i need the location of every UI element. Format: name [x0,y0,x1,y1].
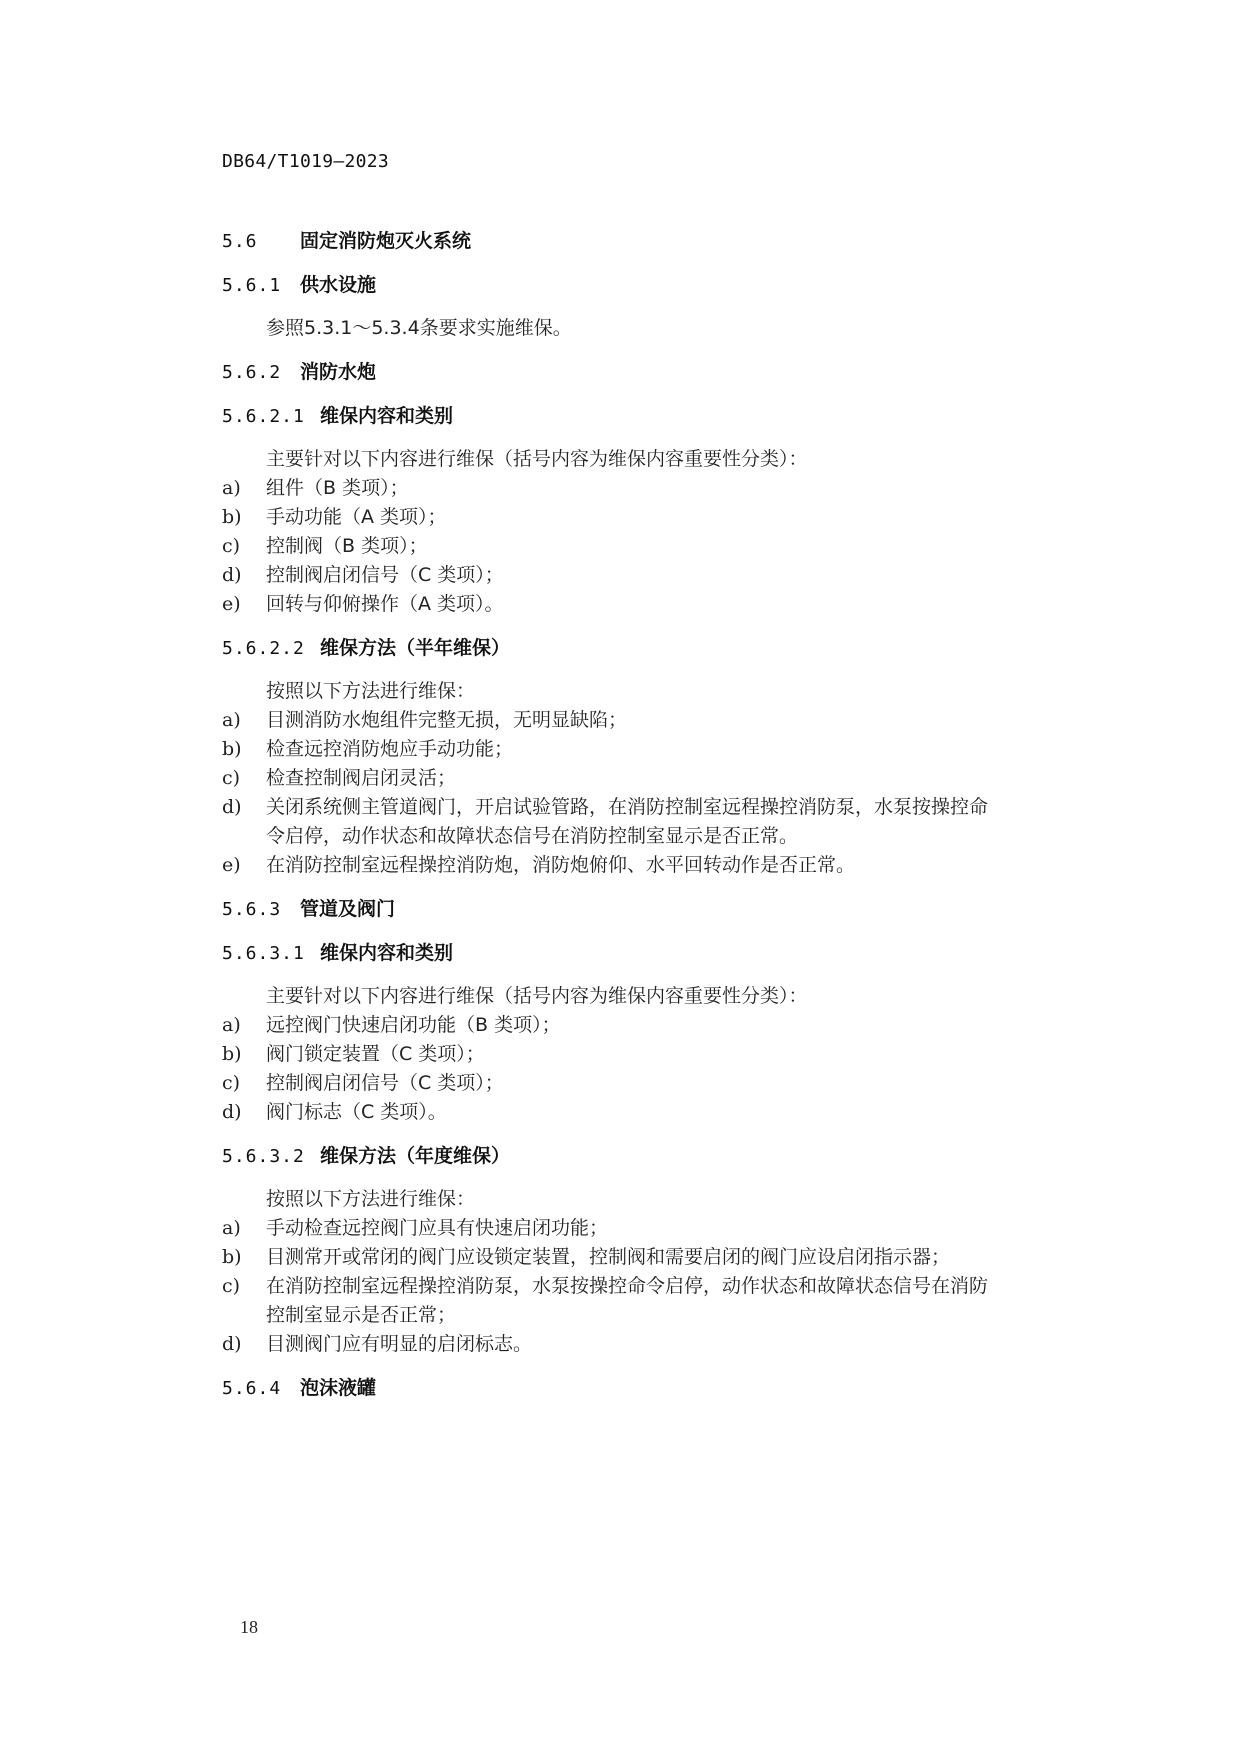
section-title: 泡沫液罐 [300,1377,376,1399]
section-heading-5-6-4: 5.6.4泡沫液罐 [222,1376,376,1401]
section-title: 固定消防炮灭火系统 [300,230,471,252]
list-item: b)目测常开或常闭的阀门应设锁定装置，控制阀和需要启闭的阀门应设启闭指示器； [222,1245,950,1269]
section-number: 5.6.2 [222,361,300,385]
section-number: 5.6.1 [222,274,300,298]
list-item: a)手动检查远控阀门应具有快速启闭功能； [222,1216,608,1240]
paragraph: 参照5.3.1～5.3.4条要求实施维保。 [266,316,572,340]
section-title: 维保方法（半年维保） [320,637,510,659]
list-item: b)检查远控消防炮应手动功能； [222,737,513,761]
paragraph-intro: 按照以下方法进行维保： [266,679,475,703]
list-item: a)远控阀门快速启闭功能（B 类项）； [222,1013,561,1037]
section-heading-5-6-1: 5.6.1供水设施 [222,273,376,298]
list-item: b)手动功能（A 类项）； [222,505,447,529]
list-item-continuation: 控制室显示是否正常； [266,1303,456,1327]
section-heading-5-6-3: 5.6.3管道及阀门 [222,897,395,922]
section-title: 维保内容和类别 [320,942,453,964]
section-number: 5.6.2.2 [222,637,320,661]
list-item: c)检查控制阀启闭灵活； [222,766,456,790]
paragraph-intro: 主要针对以下内容进行维保（括号内容为维保内容重要性分类）： [266,447,808,471]
section-number: 5.6.2.1 [222,405,320,429]
document-code-header: DB64/T1019—2023 [222,151,389,172]
section-heading-5-6-2-1: 5.6.2.1维保内容和类别 [222,404,453,429]
section-number: 5.6.3.2 [222,1145,320,1169]
paragraph-intro: 主要针对以下内容进行维保（括号内容为维保内容重要性分类）： [266,984,808,1008]
list-item: d)控制阀启闭信号（C 类项）； [222,563,504,587]
list-item: d)关闭系统侧主管道阀门，开启试验管路，在消防控制室远程操控消防泵，水泵按操控命 [222,795,988,819]
section-heading-5-6-2-2: 5.6.2.2维保方法（半年维保） [222,636,510,661]
section-number: 5.6.3.1 [222,942,320,966]
section-title: 消防水炮 [300,361,376,383]
section-number: 5.6.4 [222,1377,300,1401]
section-heading-5-6: 5.6固定消防炮灭火系统 [222,229,471,254]
section-number: 5.6 [222,230,300,254]
section-number: 5.6.3 [222,898,300,922]
list-item: d)目测阀门应有明显的启闭标志。 [222,1332,532,1356]
list-item: c)控制阀（B 类项）； [222,534,428,558]
section-title: 维保方法（年度维保） [320,1145,510,1167]
list-item: a)组件（B 类项）； [222,476,409,500]
section-title: 供水设施 [300,274,376,296]
section-heading-5-6-2: 5.6.2消防水炮 [222,360,376,385]
section-title: 管道及阀门 [300,898,395,920]
list-item: e)在消防控制室远程操控消防炮，消防炮俯仰、水平回转动作是否正常。 [222,853,855,877]
section-heading-5-6-3-1: 5.6.3.1维保内容和类别 [222,941,453,966]
list-item-continuation: 令启停，动作状态和故障状态信号在消防控制室显示是否正常。 [266,824,798,848]
list-item: c)控制阀启闭信号（C 类项）； [222,1071,504,1095]
page-number: 18 [240,1617,258,1638]
list-item: e)回转与仰俯操作（A 类项）。 [222,592,504,616]
list-item: c)在消防控制室远程操控消防泵，水泵按操控命令启停，动作状态和故障状态信号在消防 [222,1274,988,1298]
list-item: d)阀门标志（C 类项）。 [222,1100,447,1124]
section-title: 维保内容和类别 [320,405,453,427]
section-heading-5-6-3-2: 5.6.3.2维保方法（年度维保） [222,1144,510,1169]
list-item: b)阀门锁定装置（C 类项）； [222,1042,485,1066]
list-item: a)目测消防水炮组件完整无损，无明显缺陷； [222,708,627,732]
paragraph-intro: 按照以下方法进行维保： [266,1187,475,1211]
